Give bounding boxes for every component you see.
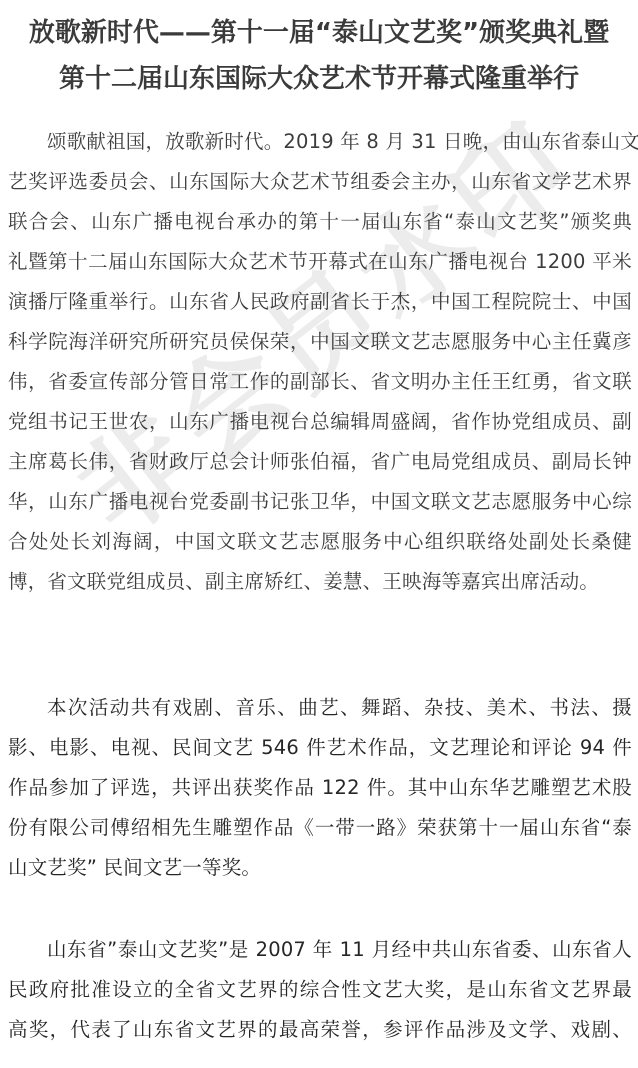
- title-line-2: 第十二届山东国际大众艺术节开幕式隆重举行: [0, 58, 638, 95]
- paragraph-line: 联合会、山东广播电视台承办的第十一届山东省“泰山文艺奖”颁奖典: [8, 202, 632, 242]
- paragraph-line: 份有限公司傅绍相先生雕塑作品《一带一路》荣获第十一届山东省“泰: [8, 808, 632, 848]
- paragraph-line: 华，山东广播电视台党委副书记张卫华，中国文联文艺志愿服务中心综: [8, 482, 632, 522]
- paragraph-line: 科学院海洋研究所研究员侯保荣，中国文联文艺志愿服务中心主任冀彦: [8, 322, 632, 362]
- paragraph-line: 本次活动共有戏剧、音乐、曲艺、舞蹈、杂技、美术、书法、摄: [8, 688, 632, 728]
- paragraph-line: 民政府批准设立的全省文艺界的综合性文艺大奖，是山东省文艺界最: [8, 970, 632, 1010]
- paragraph-3: 山东省”泰山文艺奖”是 2007 年 11 月经中共山东省委、山东省人 民政府批…: [8, 930, 632, 1050]
- paragraph-line: 合处处长刘海阔，中国文联文艺志愿服务中心组织联络处副处长桑健: [8, 522, 632, 562]
- paragraph-line: 影、电影、电视、民间文艺 546 件艺术作品，文艺理论和评论 94 件: [8, 728, 632, 768]
- paragraph-line: 礼暨第十二届山东国际大众艺术节开幕式在山东广播电视台 1200 平米: [8, 242, 632, 282]
- document-page: 非会员水印 放歌新时代——第十一届“泰山文艺奖”颁奖典礼暨 第十二届山东国际大众…: [0, 0, 638, 1068]
- paragraph-line: 党组书记王世农，山东广播电视台总编辑周盛阔，省作协党组成员、副: [8, 402, 632, 442]
- paragraph-line: 高奖，代表了山东省文艺界的最高荣誉，参评作品涉及文学、戏剧、: [8, 1010, 632, 1050]
- paragraph-line: 作品参加了评选，共评出获奖作品 122 件。其中山东华艺雕塑艺术股: [8, 768, 632, 808]
- paragraph-2: 本次活动共有戏剧、音乐、曲艺、舞蹈、杂技、美术、书法、摄 影、电影、电视、民间文…: [8, 688, 632, 888]
- paragraph-line: 演播厅隆重举行。山东省人民政府副省长于杰，中国工程院院士、中国: [8, 282, 632, 322]
- paragraph-line: 颂歌献祖国，放歌新时代。2019 年 8 月 31 日晚，由山东省泰山文: [8, 122, 632, 162]
- paragraph-line: 山文艺奖” 民间文艺一等奖。: [8, 848, 632, 888]
- paragraph-line: 艺奖评选委员会、山东国际大众艺术节组委会主办，山东省文学艺术界: [8, 162, 632, 202]
- paragraph-line: 山东省”泰山文艺奖”是 2007 年 11 月经中共山东省委、山东省人: [8, 930, 632, 970]
- paragraph-line: 伟，省委宣传部分管日常工作的副部长、省文明办主任王红勇，省文联: [8, 362, 632, 402]
- paragraph-1: 颂歌献祖国，放歌新时代。2019 年 8 月 31 日晚，由山东省泰山文 艺奖评…: [8, 122, 632, 602]
- title-line-1: 放歌新时代——第十一届“泰山文艺奖”颁奖典礼暨: [0, 12, 638, 49]
- paragraph-line: 主席葛长伟，省财政厅总会计师张伯福，省广电局党组成员、副局长钟: [8, 442, 632, 482]
- paragraph-line: 博，省文联党组成员、副主席矫红、姜慧、王映海等嘉宾出席活动。: [8, 562, 632, 602]
